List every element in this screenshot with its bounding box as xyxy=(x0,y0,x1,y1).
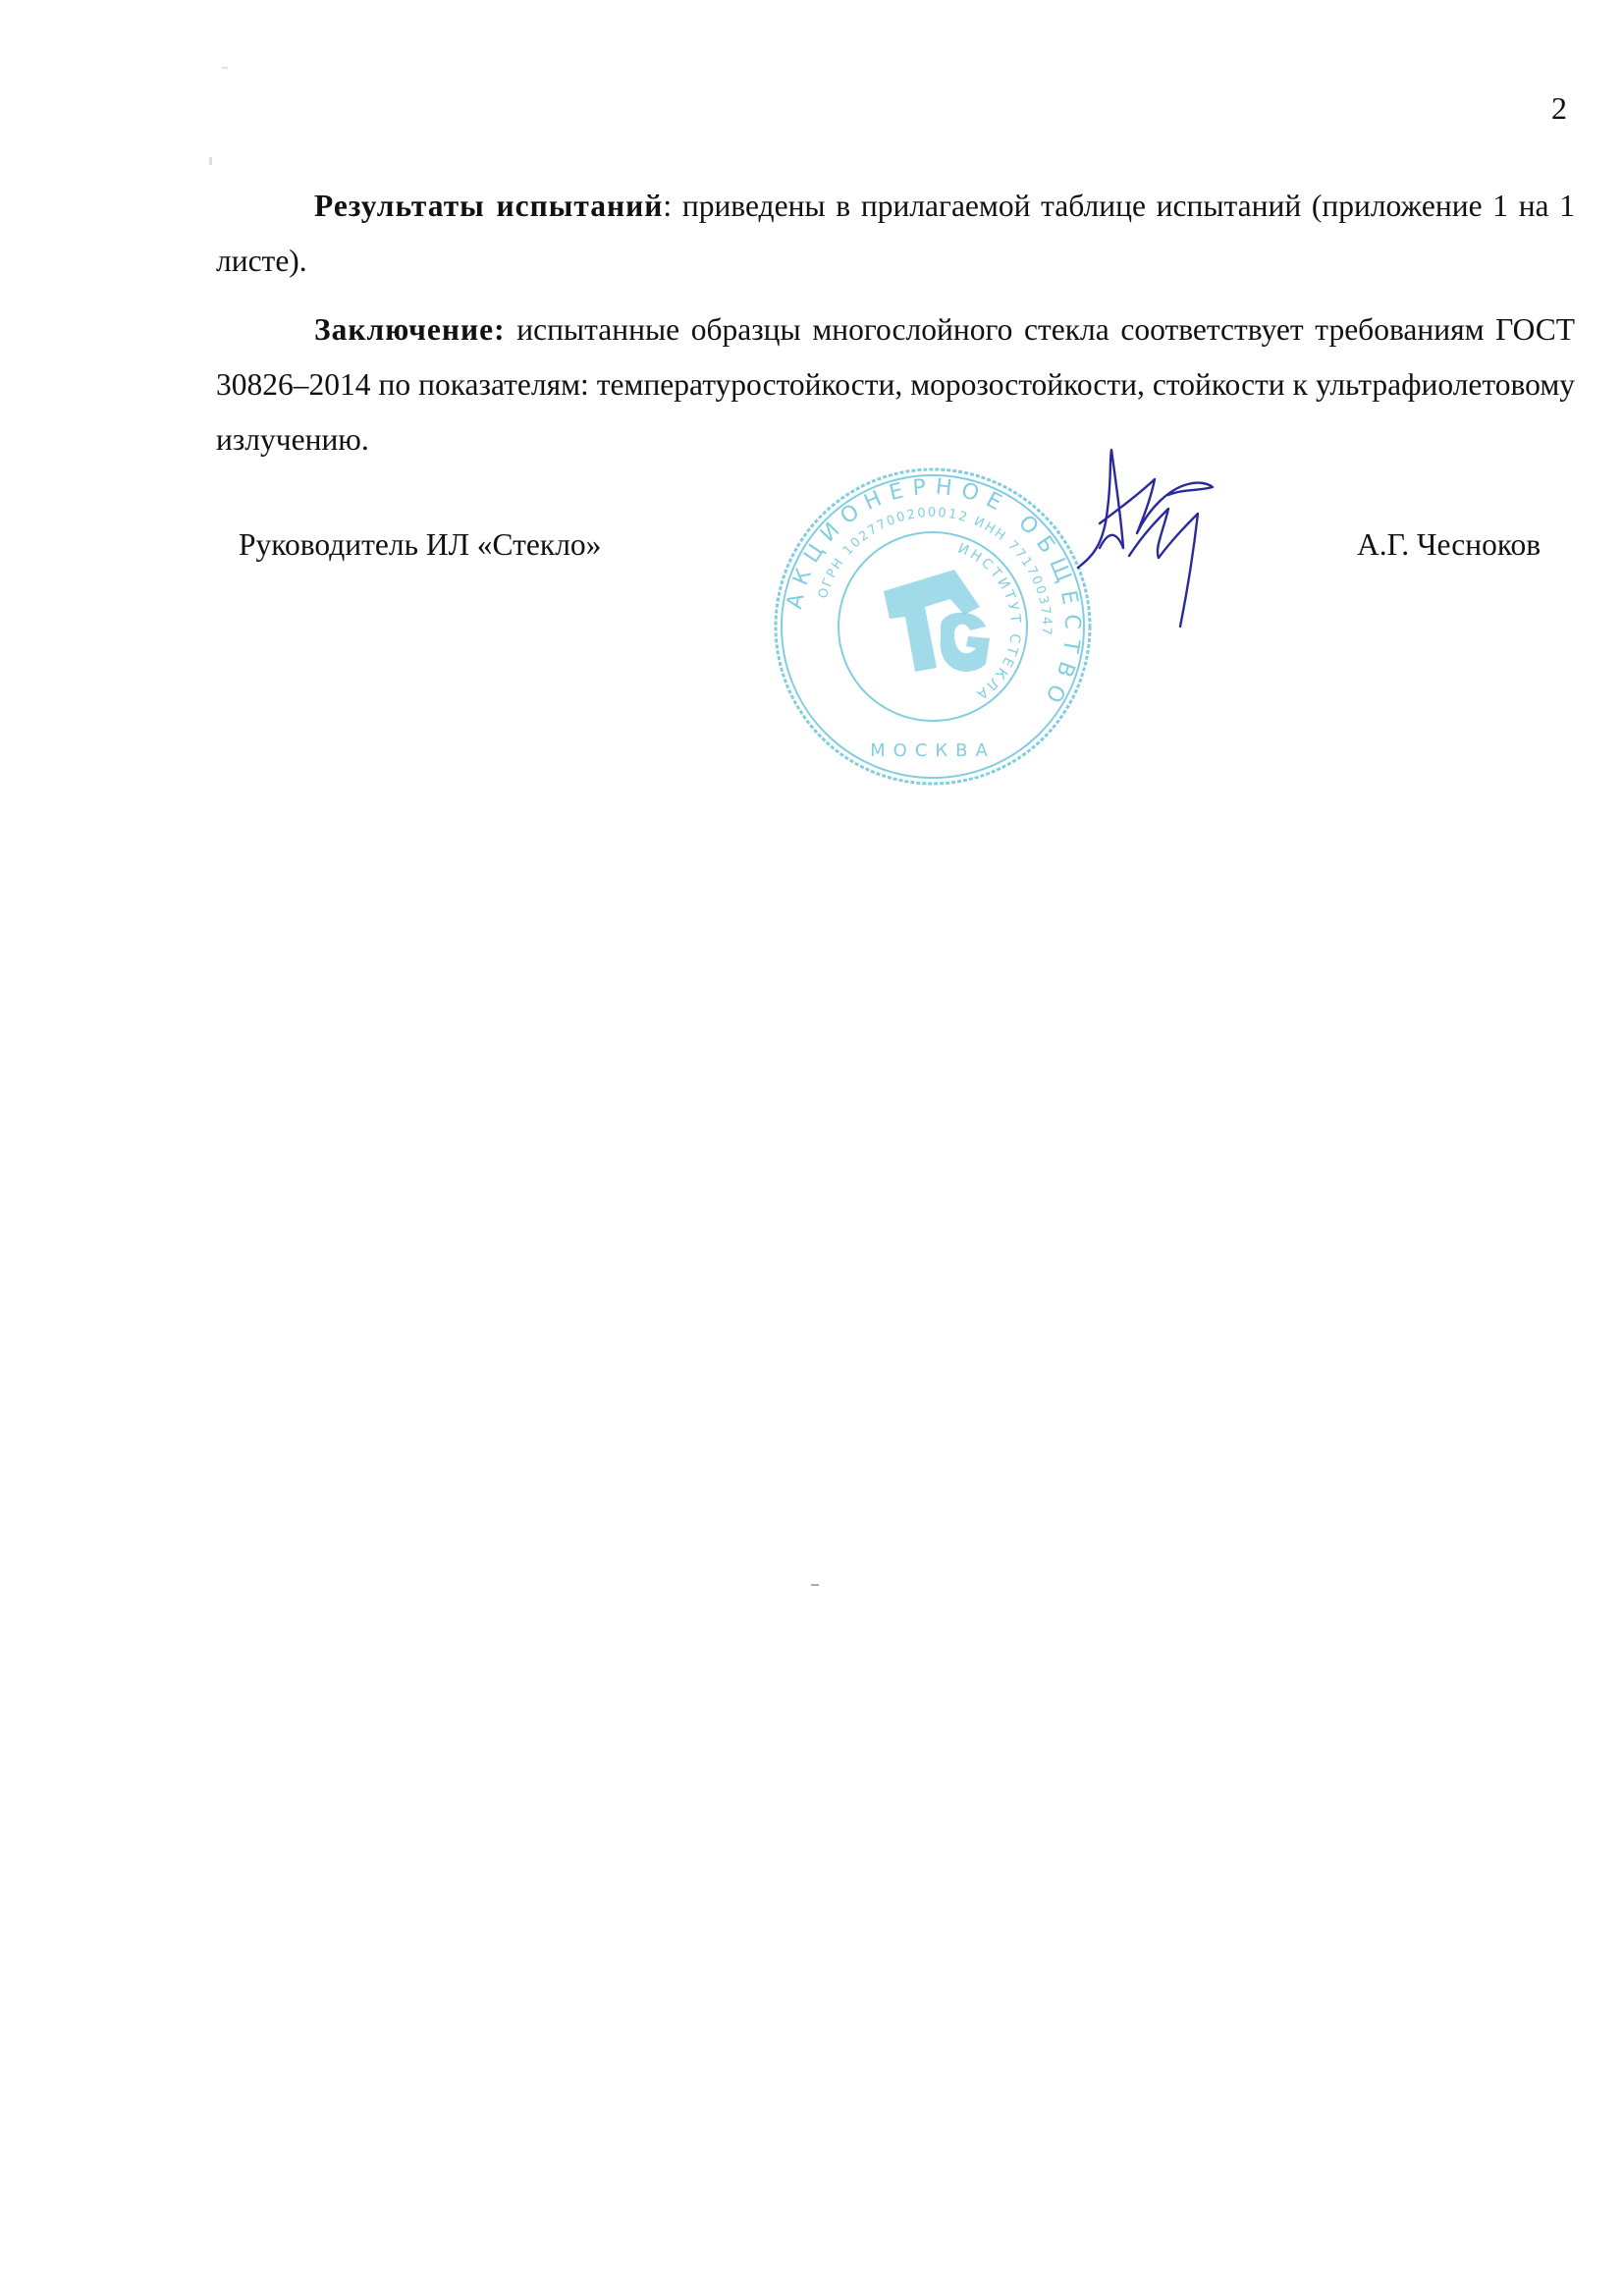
conclusion-paragraph: Заключение: испытанные образцы многослой… xyxy=(216,302,1575,467)
results-label: Результаты испытаний xyxy=(314,189,663,223)
scan-artifact xyxy=(209,157,212,165)
organization-stamp: АКЦИОНЕРНОЕ ОБЩЕСТВО ОГРН 1027700200012 … xyxy=(768,462,1098,792)
scan-artifact xyxy=(222,67,228,69)
handwritten-signature xyxy=(1060,440,1257,641)
stamp-logo-icon xyxy=(884,570,990,672)
signatory-position: Руководитель ИЛ «Стекло» xyxy=(239,525,601,565)
conclusion-label: Заключение: xyxy=(314,312,506,347)
stamp-city-text: МОСКВА xyxy=(870,740,996,761)
scan-artifact xyxy=(811,1584,819,1586)
results-paragraph: Результаты испытаний: приведены в прилаг… xyxy=(216,179,1575,289)
signatory-name: А.Г. Чесноков xyxy=(1357,525,1541,565)
page-number: 2 xyxy=(1551,90,1567,126)
